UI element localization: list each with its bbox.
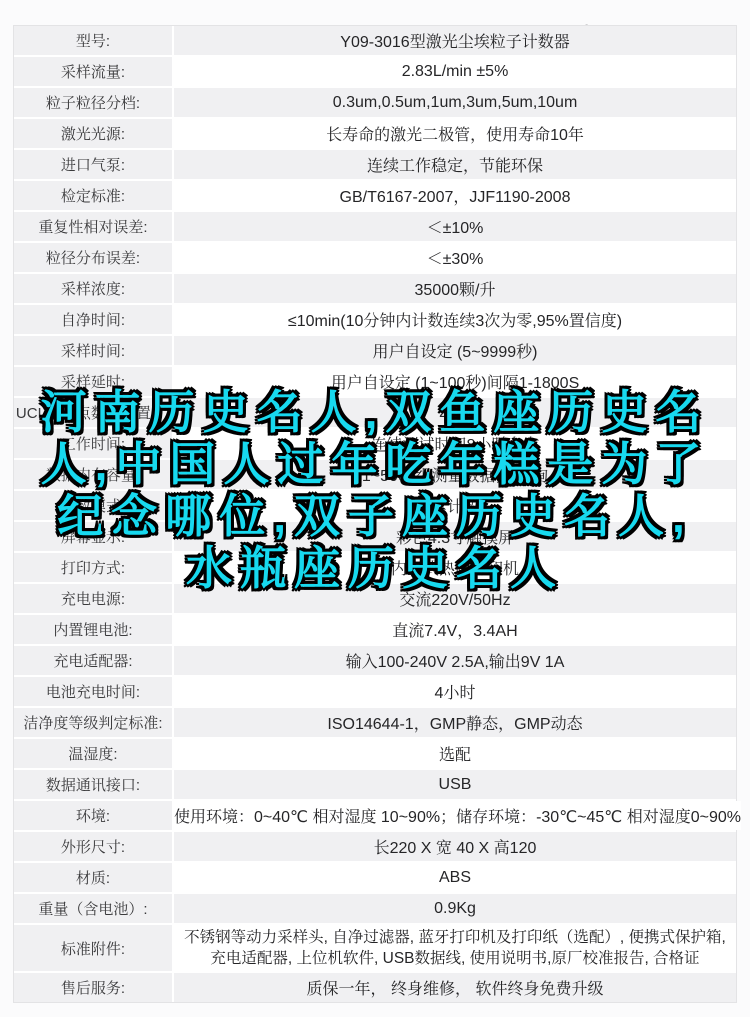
spec-label: 采样时间:: [14, 336, 172, 365]
spec-row: 温湿度: 选配: [14, 739, 736, 768]
spec-row: 采样浓度: 35000颗/升: [14, 274, 736, 303]
spec-row: 激光光源: 长寿命的激光二极管，使用寿命10年: [14, 119, 736, 148]
spec-row: 外形尺寸: 长220 X 宽 40 X 高120: [14, 832, 736, 861]
spec-value: 长220 X 宽 40 X 高120: [174, 832, 736, 861]
spec-label: 外形尺寸:: [14, 832, 172, 861]
spec-value: ≤10min(10分钟内计数连续3次为零,95%置信度): [174, 305, 736, 334]
spec-row: 材质: ABS: [14, 863, 736, 892]
spec-value: GB/T6167-2007，JJF1190-2008: [174, 181, 736, 210]
spec-value: ＜±30%: [174, 243, 736, 272]
spec-value: USB: [174, 770, 736, 799]
spec-label: 重量（含电池）:: [14, 894, 172, 923]
spec-label: 内置锂电池:: [14, 615, 172, 644]
spec-row: 粒子粒径分档: 0.3um,0.5um,1um,3um,5um,10um: [14, 88, 736, 117]
spec-label: 温湿度:: [14, 739, 172, 768]
spec-row: 进口气泵: 连续工作稳定，节能环保: [14, 150, 736, 179]
spec-value: ISO14644-1，GMP静态，GMP动态: [174, 708, 736, 737]
spec-label: 数据内存容量:: [14, 460, 172, 489]
spec-row: 数据内存容量: 1~5000组测量数据,可查询: [14, 460, 736, 489]
spec-value: 交流220V/50Hz: [174, 584, 736, 613]
spec-label: 数据通讯接口:: [14, 770, 172, 799]
spec-value: 用户自设定 (1~100秒)间隔1-1800S: [174, 367, 736, 396]
spec-value: 直流7.4V，3.4AH: [174, 615, 736, 644]
spec-row: 屏幕显示: 彩色4.3寸触摸屏: [14, 522, 736, 551]
spec-value: 长寿命的激光二极管，使用寿命10年: [174, 119, 736, 148]
spec-value: 彩色4.3寸触摸屏: [174, 522, 736, 551]
spec-row: 工作时间: 连续测试时间8小时左右: [14, 429, 736, 458]
spec-value: 质保一年， 终身维修， 软件终身免费升级: [174, 973, 736, 1002]
spec-value: Y09-3016型激光尘埃粒子计数器: [174, 26, 736, 55]
spec-row: 采样延时: 用户自设定 (1~100秒)间隔1-1800S: [14, 367, 736, 396]
spec-value: 2-50: [174, 398, 736, 427]
spec-row: 售后服务: 质保一年， 终身维修， 软件终身免费升级: [14, 973, 736, 1002]
spec-value: 使用环境：0~40℃ 相对湿度 10~90%；储存环境：-30℃~45℃ 相对湿…: [174, 801, 741, 830]
spec-row: 粒径分布误差: ＜±30%: [14, 243, 736, 272]
spec-value: 选配: [174, 739, 736, 768]
page: yzhan. com 型号: Y09-3016型激光尘埃粒子计数器 采样流量: …: [0, 0, 750, 1017]
spec-row: 打印方式: 内置式热敏打印机: [14, 553, 736, 582]
spec-label: 采样浓度:: [14, 274, 172, 303]
spec-label: 激光光源:: [14, 119, 172, 148]
spec-label: 型号:: [14, 26, 172, 55]
spec-row: 标准附件: 不锈钢等动力采样头, 自净过滤器, 蓝牙打印机及打印纸（选配）, 便…: [14, 925, 736, 971]
spec-value: 累计数: [174, 491, 736, 520]
spec-value: ＜±10%: [174, 212, 736, 241]
spec-value: 35000颗/升: [174, 274, 736, 303]
spec-label: 采样延时:: [14, 367, 172, 396]
spec-label: 重复性相对误差:: [14, 212, 172, 241]
spec-row: 检定标准: GB/T6167-2007，JJF1190-2008: [14, 181, 736, 210]
spec-label: 计数模式:: [14, 491, 172, 520]
spec-row: 计数模式: 累计数: [14, 491, 736, 520]
spec-label: 检定标准:: [14, 181, 172, 210]
spec-label: 电池充电时间:: [14, 677, 172, 706]
spec-row: 重复性相对误差: ＜±10%: [14, 212, 736, 241]
spec-label: 材质:: [14, 863, 172, 892]
product-spec-table: 型号: Y09-3016型激光尘埃粒子计数器 采样流量: 2.83L/min ±…: [13, 25, 737, 1003]
spec-row: 充电电源: 交流220V/50Hz: [14, 584, 736, 613]
spec-label: 充电适配器:: [14, 646, 172, 675]
spec-label: 售后服务:: [14, 973, 172, 1002]
spec-value: 4小时: [174, 677, 736, 706]
spec-row: 重量（含电池）: 0.9Kg: [14, 894, 736, 923]
spec-value: 1~5000组测量数据,可查询: [174, 460, 736, 489]
spec-row: 型号: Y09-3016型激光尘埃粒子计数器: [14, 26, 736, 55]
spec-row: 内置锂电池: 直流7.4V，3.4AH: [14, 615, 736, 644]
spec-label: 充电电源:: [14, 584, 172, 613]
spec-row: 数据通讯接口: USB: [14, 770, 736, 799]
spec-label: 打印方式:: [14, 553, 172, 582]
spec-value: 输入100-240V 2.5A,输出9V 1A: [174, 646, 736, 675]
spec-row: 充电适配器: 输入100-240V 2.5A,输出9V 1A: [14, 646, 736, 675]
spec-row: 环境: 使用环境：0~40℃ 相对湿度 10~90%；储存环境：-30℃~45℃…: [14, 801, 736, 830]
spec-row: 采样流量: 2.83L/min ±5%: [14, 57, 736, 86]
spec-row: 采样时间: 用户自设定 (5~9999秒): [14, 336, 736, 365]
spec-label: 粒径分布误差:: [14, 243, 172, 272]
spec-label: 采样流量:: [14, 57, 172, 86]
spec-label: 自净时间:: [14, 305, 172, 334]
spec-value: 内置式热敏打印机: [174, 553, 736, 582]
spec-value: 0.9Kg: [174, 894, 736, 923]
spec-label: 屏幕显示:: [14, 522, 172, 551]
spec-value: 2.83L/min ±5%: [174, 57, 736, 86]
spec-label: 粒子粒径分档:: [14, 88, 172, 117]
spec-label: UCL采样点数（位置）:: [14, 398, 172, 427]
spec-label: 洁净度等级判定标准:: [14, 708, 172, 737]
spec-label: 进口气泵:: [14, 150, 172, 179]
spec-row: 自净时间: ≤10min(10分钟内计数连续3次为零,95%置信度): [14, 305, 736, 334]
spec-value: 不锈钢等动力采样头, 自净过滤器, 蓝牙打印机及打印纸（选配）, 便携式保护箱,…: [174, 925, 736, 971]
spec-label: 工作时间:: [14, 429, 172, 458]
spec-row: 电池充电时间: 4小时: [14, 677, 736, 706]
spec-value: 连续工作稳定，节能环保: [174, 150, 736, 179]
spec-row: UCL采样点数（位置）: 2-50: [14, 398, 736, 427]
spec-label: 标准附件:: [14, 925, 172, 971]
spec-label: 环境:: [14, 801, 172, 830]
spec-row: 洁净度等级判定标准: ISO14644-1，GMP静态，GMP动态: [14, 708, 736, 737]
spec-value: 用户自设定 (5~9999秒): [174, 336, 736, 365]
spec-value: ABS: [174, 863, 736, 892]
spec-value: 0.3um,0.5um,1um,3um,5um,10um: [174, 88, 736, 117]
spec-value: 连续测试时间8小时左右: [174, 429, 736, 458]
